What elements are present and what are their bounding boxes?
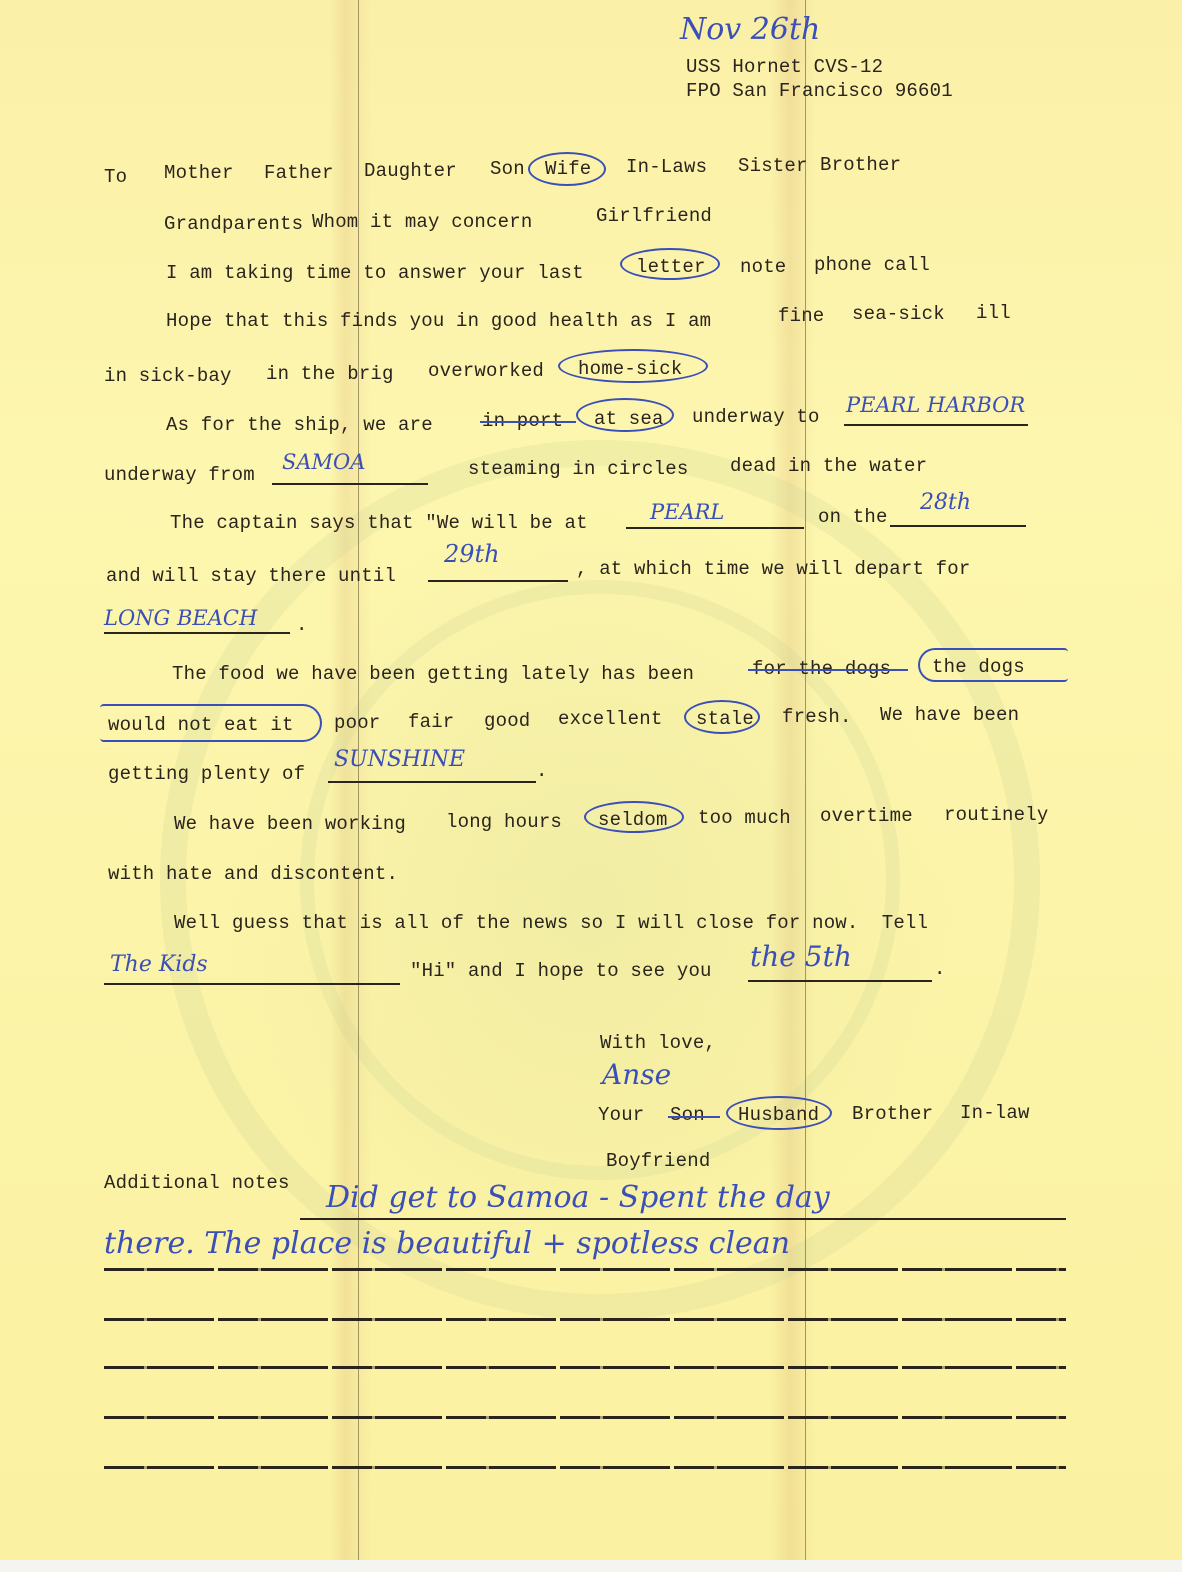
signature: Anse <box>602 1058 671 1091</box>
fold-line <box>358 0 359 1560</box>
ship-dead-in-water: dead in the water <box>730 455 927 477</box>
fold-line <box>805 0 806 1560</box>
signature-your: Your <box>598 1104 644 1126</box>
health-sea-sick: sea-sick <box>852 303 945 325</box>
notes-rule <box>104 1416 1066 1419</box>
period: . <box>296 614 308 636</box>
answer-text: I am taking time to answer your last <box>166 262 584 284</box>
selection-circle <box>528 152 606 186</box>
selection-circle <box>620 248 720 280</box>
work-long-hours: long hours <box>446 811 562 833</box>
blank-line <box>104 632 290 634</box>
strikethrough <box>748 669 908 671</box>
notes-rule <box>104 1318 1066 1321</box>
plenty-of-value: SUNSHINE <box>334 747 465 772</box>
ship-line: USS Hornet CVS-12 <box>686 56 883 78</box>
signature-son: Son <box>670 1104 705 1126</box>
selection-circle <box>584 801 684 833</box>
work-hate-discontent: with hate and discontent. <box>108 863 398 885</box>
notes-rule <box>104 1466 1066 1469</box>
blank-line <box>626 527 804 529</box>
food-fair: fair <box>408 711 454 733</box>
answer-note: note <box>740 256 786 278</box>
recipient-daughter: Daughter <box>364 160 457 182</box>
ship-underway-to: underway to <box>692 406 820 428</box>
captain-text-c: and will stay there until <box>106 565 396 587</box>
recipient-mother: Mother <box>164 162 234 184</box>
health-sick-bay: in sick-bay <box>104 365 232 387</box>
recipient-whom-it-may-concern: Whom it may concern <box>312 211 532 233</box>
captain-text-a: The captain says that "We will be at <box>170 512 588 534</box>
blank-line <box>328 781 536 783</box>
food-good: good <box>484 710 530 732</box>
work-routinely: routinely <box>944 804 1048 826</box>
selection-circle <box>576 398 674 432</box>
recipient-grandparents: Grandparents <box>164 213 303 235</box>
closing-text-b: "Hi" and I hope to see you <box>410 960 712 982</box>
work-overtime: overtime <box>820 805 913 827</box>
captain-place: PEARL <box>650 500 724 524</box>
ship-underway-from: underway from <box>104 464 255 486</box>
selection-circle <box>726 1096 832 1130</box>
period: . <box>934 958 946 980</box>
date-handwritten: Nov 26th <box>680 12 820 47</box>
notes-rule <box>300 1218 1066 1220</box>
signature-in-law: In-law <box>960 1102 1030 1124</box>
blank-line <box>428 580 568 582</box>
captain-text-b: on the <box>818 506 888 528</box>
captain-day: 28th <box>920 490 971 515</box>
notes-label: Additional notes <box>104 1172 290 1194</box>
to-label: To <box>104 166 127 188</box>
blank-line <box>890 525 1026 527</box>
answer-phone-call: phone call <box>814 254 930 276</box>
blank-line <box>104 983 400 985</box>
signature-brother: Brother <box>852 1103 933 1125</box>
underway-from-value: SAMOA <box>282 450 365 474</box>
notes-line-1: Did get to Samoa - Spent the day <box>326 1180 830 1215</box>
blank-line <box>748 980 932 982</box>
recipient-girlfriend: Girlfriend <box>596 205 712 227</box>
health-ill: ill <box>976 302 1011 324</box>
recipient-brother: Brother <box>820 154 901 176</box>
address-line: FPO San Francisco 96601 <box>686 80 953 102</box>
letter-page: Nov 26th USS Hornet CVS-12 FPO San Franc… <box>0 0 1182 1560</box>
selection-circle <box>918 648 1068 682</box>
health-brig: in the brig <box>266 363 394 385</box>
food-text-c: getting plenty of <box>108 763 305 785</box>
blank-line <box>844 424 1028 426</box>
closing-text-a: Well guess that is all of the news so I … <box>174 912 928 934</box>
blank-line <box>272 483 428 485</box>
notes-line-2: there. The place is beautiful + spotless… <box>104 1226 790 1261</box>
food-poor: poor <box>334 712 380 734</box>
underway-to-value: PEARL HARBOR <box>846 393 1025 417</box>
health-fine: fine <box>778 305 824 327</box>
captain-until: 29th <box>444 540 500 568</box>
notes-rule <box>104 1366 1066 1369</box>
selection-circle <box>558 349 708 383</box>
food-excellent: excellent <box>558 708 662 730</box>
recipient-father: Father <box>264 162 334 184</box>
recipient-in-laws: In-Laws <box>626 156 707 178</box>
ship-text: As for the ship, we are <box>166 414 433 436</box>
closing-with-love: With love, <box>600 1032 716 1054</box>
tell-who: The Kids <box>110 952 208 977</box>
ship-steaming: steaming in circles <box>468 458 688 480</box>
captain-destination: LONG BEACH <box>104 606 257 630</box>
captain-text-d: , at which time we will depart for <box>576 558 970 580</box>
recipient-sister: Sister <box>738 155 808 177</box>
health-text: Hope that this finds you in good health … <box>166 310 711 332</box>
scan-margin <box>0 1560 1182 1572</box>
strikethrough <box>480 421 576 423</box>
selection-circle <box>100 704 322 742</box>
notes-rule <box>104 1268 1066 1271</box>
work-too-much: too much <box>698 807 791 829</box>
signature-boyfriend: Boyfriend <box>606 1150 710 1172</box>
selection-circle <box>684 700 760 734</box>
recipient-son: Son <box>490 158 525 180</box>
food-text-b: We have been <box>880 704 1019 726</box>
period: . <box>536 760 548 782</box>
food-fresh: fresh. <box>782 706 852 728</box>
work-text: We have been working <box>174 813 406 835</box>
see-when: the 5th <box>750 940 852 973</box>
strikethrough <box>668 1116 720 1118</box>
health-overworked: overworked <box>428 360 544 382</box>
food-text: The food we have been getting lately has… <box>172 663 694 685</box>
